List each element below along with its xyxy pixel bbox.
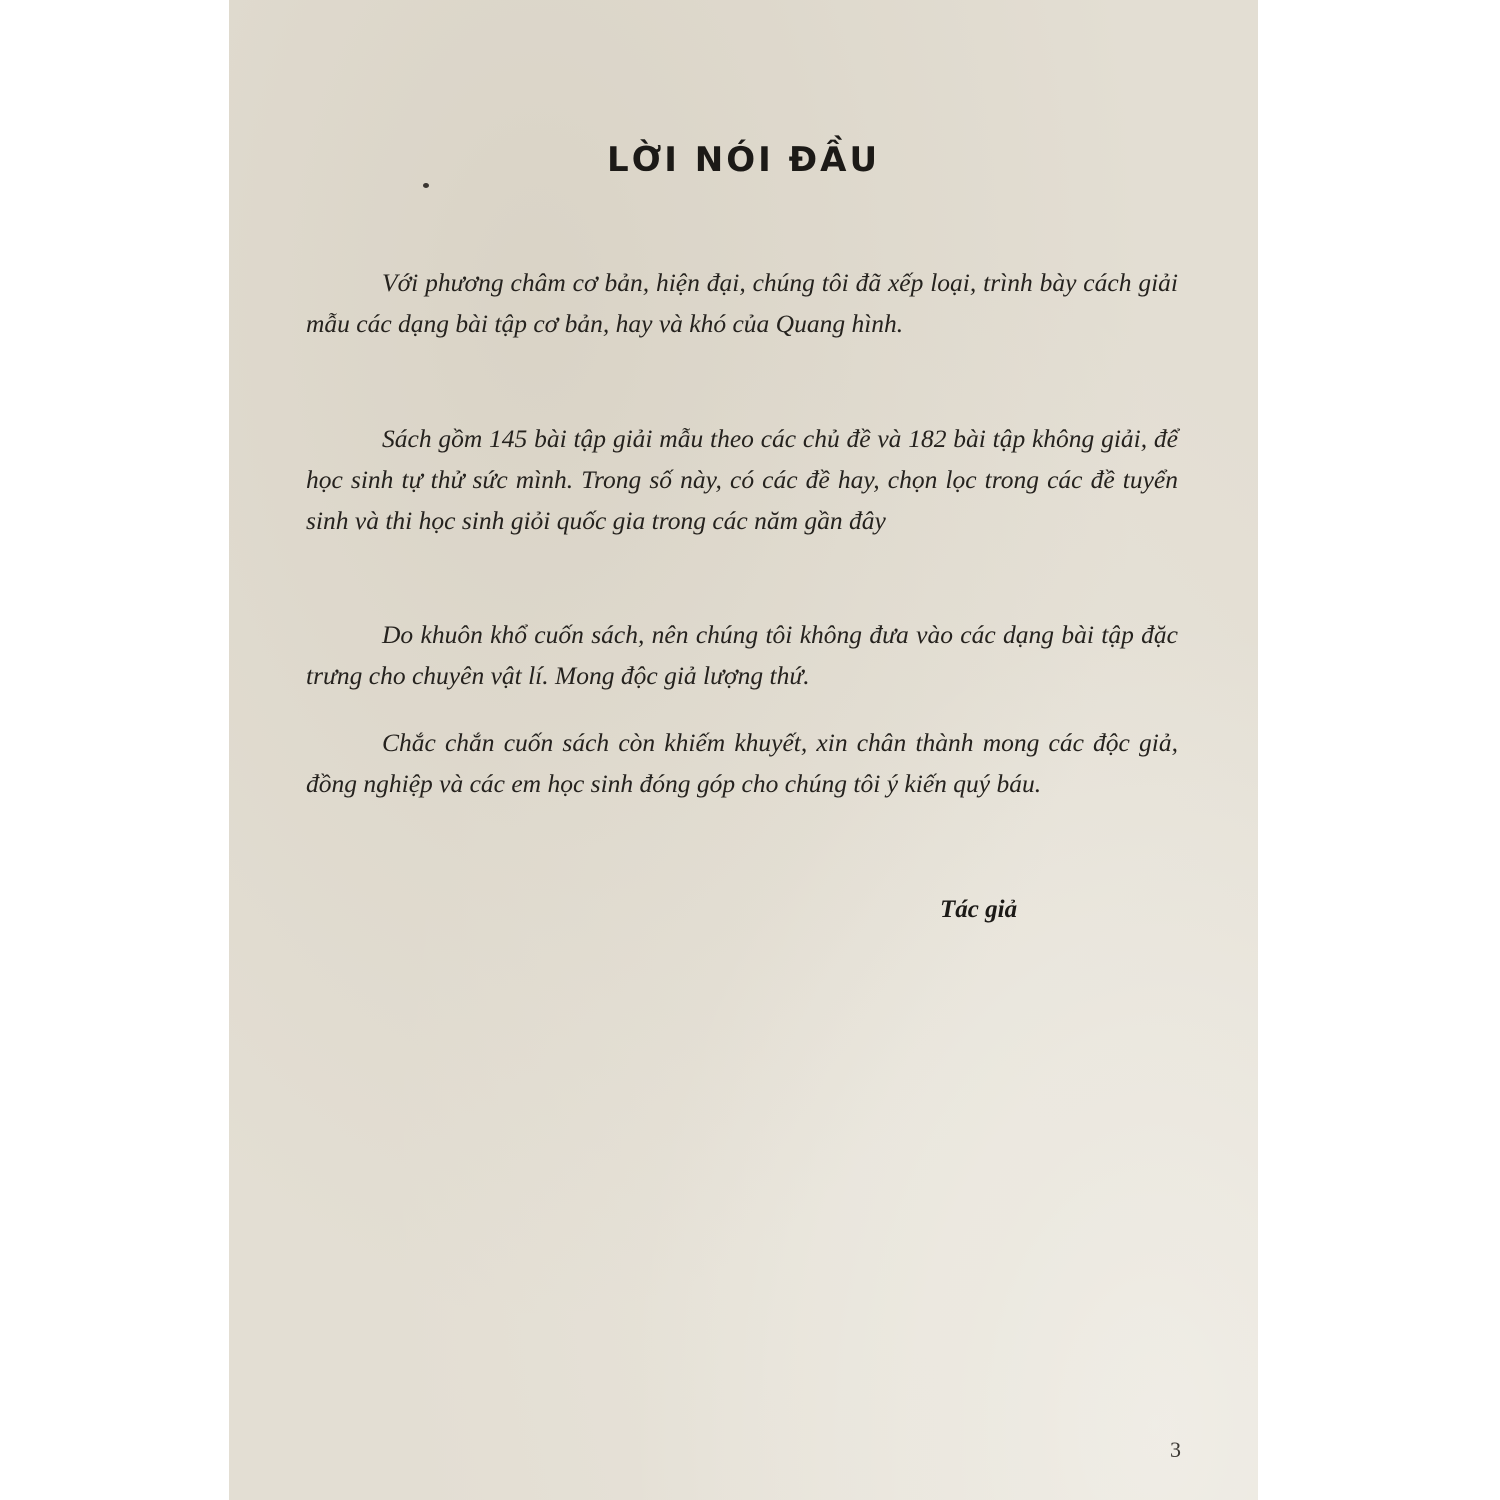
ink-speck [423, 183, 429, 188]
book-page: LỜI NÓI ĐẦU Với phương châm cơ bản, hiện… [229, 0, 1258, 1500]
paragraph-contents: Sách gồm 145 bài tập giải mẫu theo các c… [306, 418, 1178, 541]
paragraph-intro: Với phương châm cơ bản, hiện đại, chúng … [306, 262, 1178, 344]
author-signature: Tác giả [940, 896, 1017, 924]
page-number: 3 [1170, 1437, 1181, 1463]
page-title: LỜI NÓI ĐẦU [229, 140, 1258, 180]
paragraph-scope: Do khuôn khổ cuốn sách, nên chúng tôi kh… [306, 614, 1178, 696]
paragraph-closing: Chắc chắn cuốn sách còn khiếm khuyết, xi… [306, 722, 1178, 804]
